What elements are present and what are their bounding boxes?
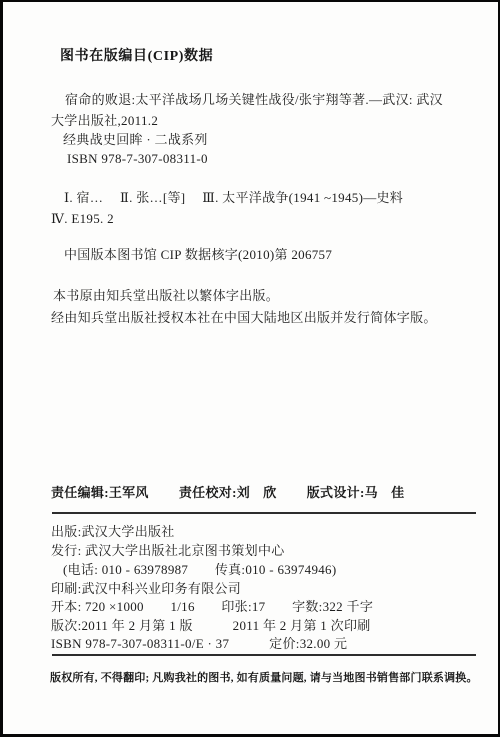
staff-credits: 责任编辑:王军风 责任校对:刘 欣 版式设计:马 佳 [51, 485, 405, 500]
cip-isbn: ISBN 978-7-307-08311-0 [67, 151, 208, 166]
isbn-price-line: ISBN 978-7-307-08311-0/E · 37 定价:32.00 元 [51, 636, 347, 651]
license-statement-line2: 经由知兵堂出版社授权本社在中国大陆地区出版并发行简体字版。 [51, 310, 437, 325]
cip-record-number: 中国版本图书馆 CIP 数据核字(2010)第 206757 [64, 247, 332, 262]
contact-line: (电话: 010 - 63978987 传真:010 - 63974946) [63, 562, 337, 577]
publisher-line: 出版:武汉大学出版社 [51, 524, 175, 539]
cip-entry-line1: 宿命的败退:太平洋战场几场关键性战役/张宇翔等著.—武汉: 武汉 [65, 92, 443, 107]
cip-header: 图书在版编目(CIP)数据 [60, 49, 213, 64]
edition-line: 版次:2011 年 2 月第 1 版 2011 年 2 月第 1 次印刷 [51, 618, 371, 633]
cip-classification-line1: Ⅰ. 宿… Ⅱ. 张…[等] Ⅲ. 太平洋战争(1941 ~1945)—史料 [64, 190, 403, 205]
license-statement-line1: 本书原由知兵堂出版社以繁体字出版。 [53, 288, 279, 303]
cip-entry-line2: 大学出版社,2011.2 [51, 113, 158, 128]
format-line: 开本: 720 ×1000 1/16 印张:17 字数:322 千字 [51, 599, 373, 614]
cip-series: 经典战史回眸 · 二战系列 [63, 132, 208, 147]
cip-classification-line2: Ⅳ. E195. 2 [51, 211, 114, 226]
divider-bottom [52, 654, 476, 656]
divider-top [52, 512, 476, 514]
printer-line: 印刷:武汉中科兴业印务有限公司 [51, 581, 241, 596]
book-copyright-page: 图书在版编目(CIP)数据 宿命的败退:太平洋战场几场关键性战役/张宇翔等著.—… [0, 0, 500, 737]
copyright-notice: 版权所有, 不得翻印; 凡购我社的图书, 如有质量问题, 请与当地图书销售部门联… [50, 671, 478, 686]
distribution-line: 发行: 武汉大学出版社北京图书策划中心 [51, 543, 285, 558]
